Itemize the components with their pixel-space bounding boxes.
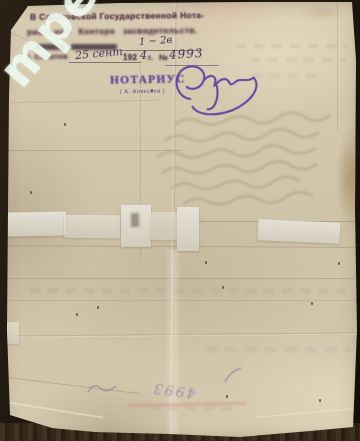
speck [319,399,321,402]
speck [76,313,78,316]
bleedthrough-row [30,288,350,293]
tape-strip [7,322,19,344]
tape-strip [150,212,178,240]
tape-strip [8,211,66,236]
notary-signature [169,58,263,123]
bleedthrough-handwriting [145,107,360,223]
bleedthrough-scribble [86,380,120,396]
corner-stain [300,4,344,20]
handwritten-entry: 1 ~ 2в [139,35,173,48]
crease-line [0,399,103,418]
speck [222,286,224,289]
speck [338,262,340,265]
bleedthrough-number: 4993 [151,379,196,400]
tape-patch [177,207,199,251]
speck [151,89,153,92]
stamp-number-label: № [159,53,168,62]
notary-stamp-name: ( А. Алексеев ) [120,89,165,96]
bleedthrough-row [236,44,348,48]
fold-highlight [165,250,181,440]
crease-line [255,407,360,418]
speck [226,395,228,398]
speck [64,123,66,126]
bleedthrough-stroke [223,366,243,384]
bleedthrough-row [150,407,240,410]
tape-strip [258,219,341,244]
stamp-year-prefix: 192 [123,53,137,62]
document-photo: В Саратовской Государственной Нота- риал… [0,0,360,441]
edge-stain [338,140,360,220]
bleedthrough-row [205,347,350,352]
crease-line [10,100,160,104]
speck [205,261,207,264]
tape-strip [64,215,120,238]
handwritten-year-digit: 4 [140,49,147,62]
speck [311,302,313,305]
tape-patch [121,205,151,247]
stamp-year-suffix: г. [148,53,153,62]
bleedthrough-row [252,74,322,78]
speck [97,306,99,309]
bleedthrough-row [250,58,346,62]
handwritten-number: 4993 [169,46,204,62]
tape-mark [131,213,139,227]
speck [30,191,32,194]
crease-line [0,150,182,151]
